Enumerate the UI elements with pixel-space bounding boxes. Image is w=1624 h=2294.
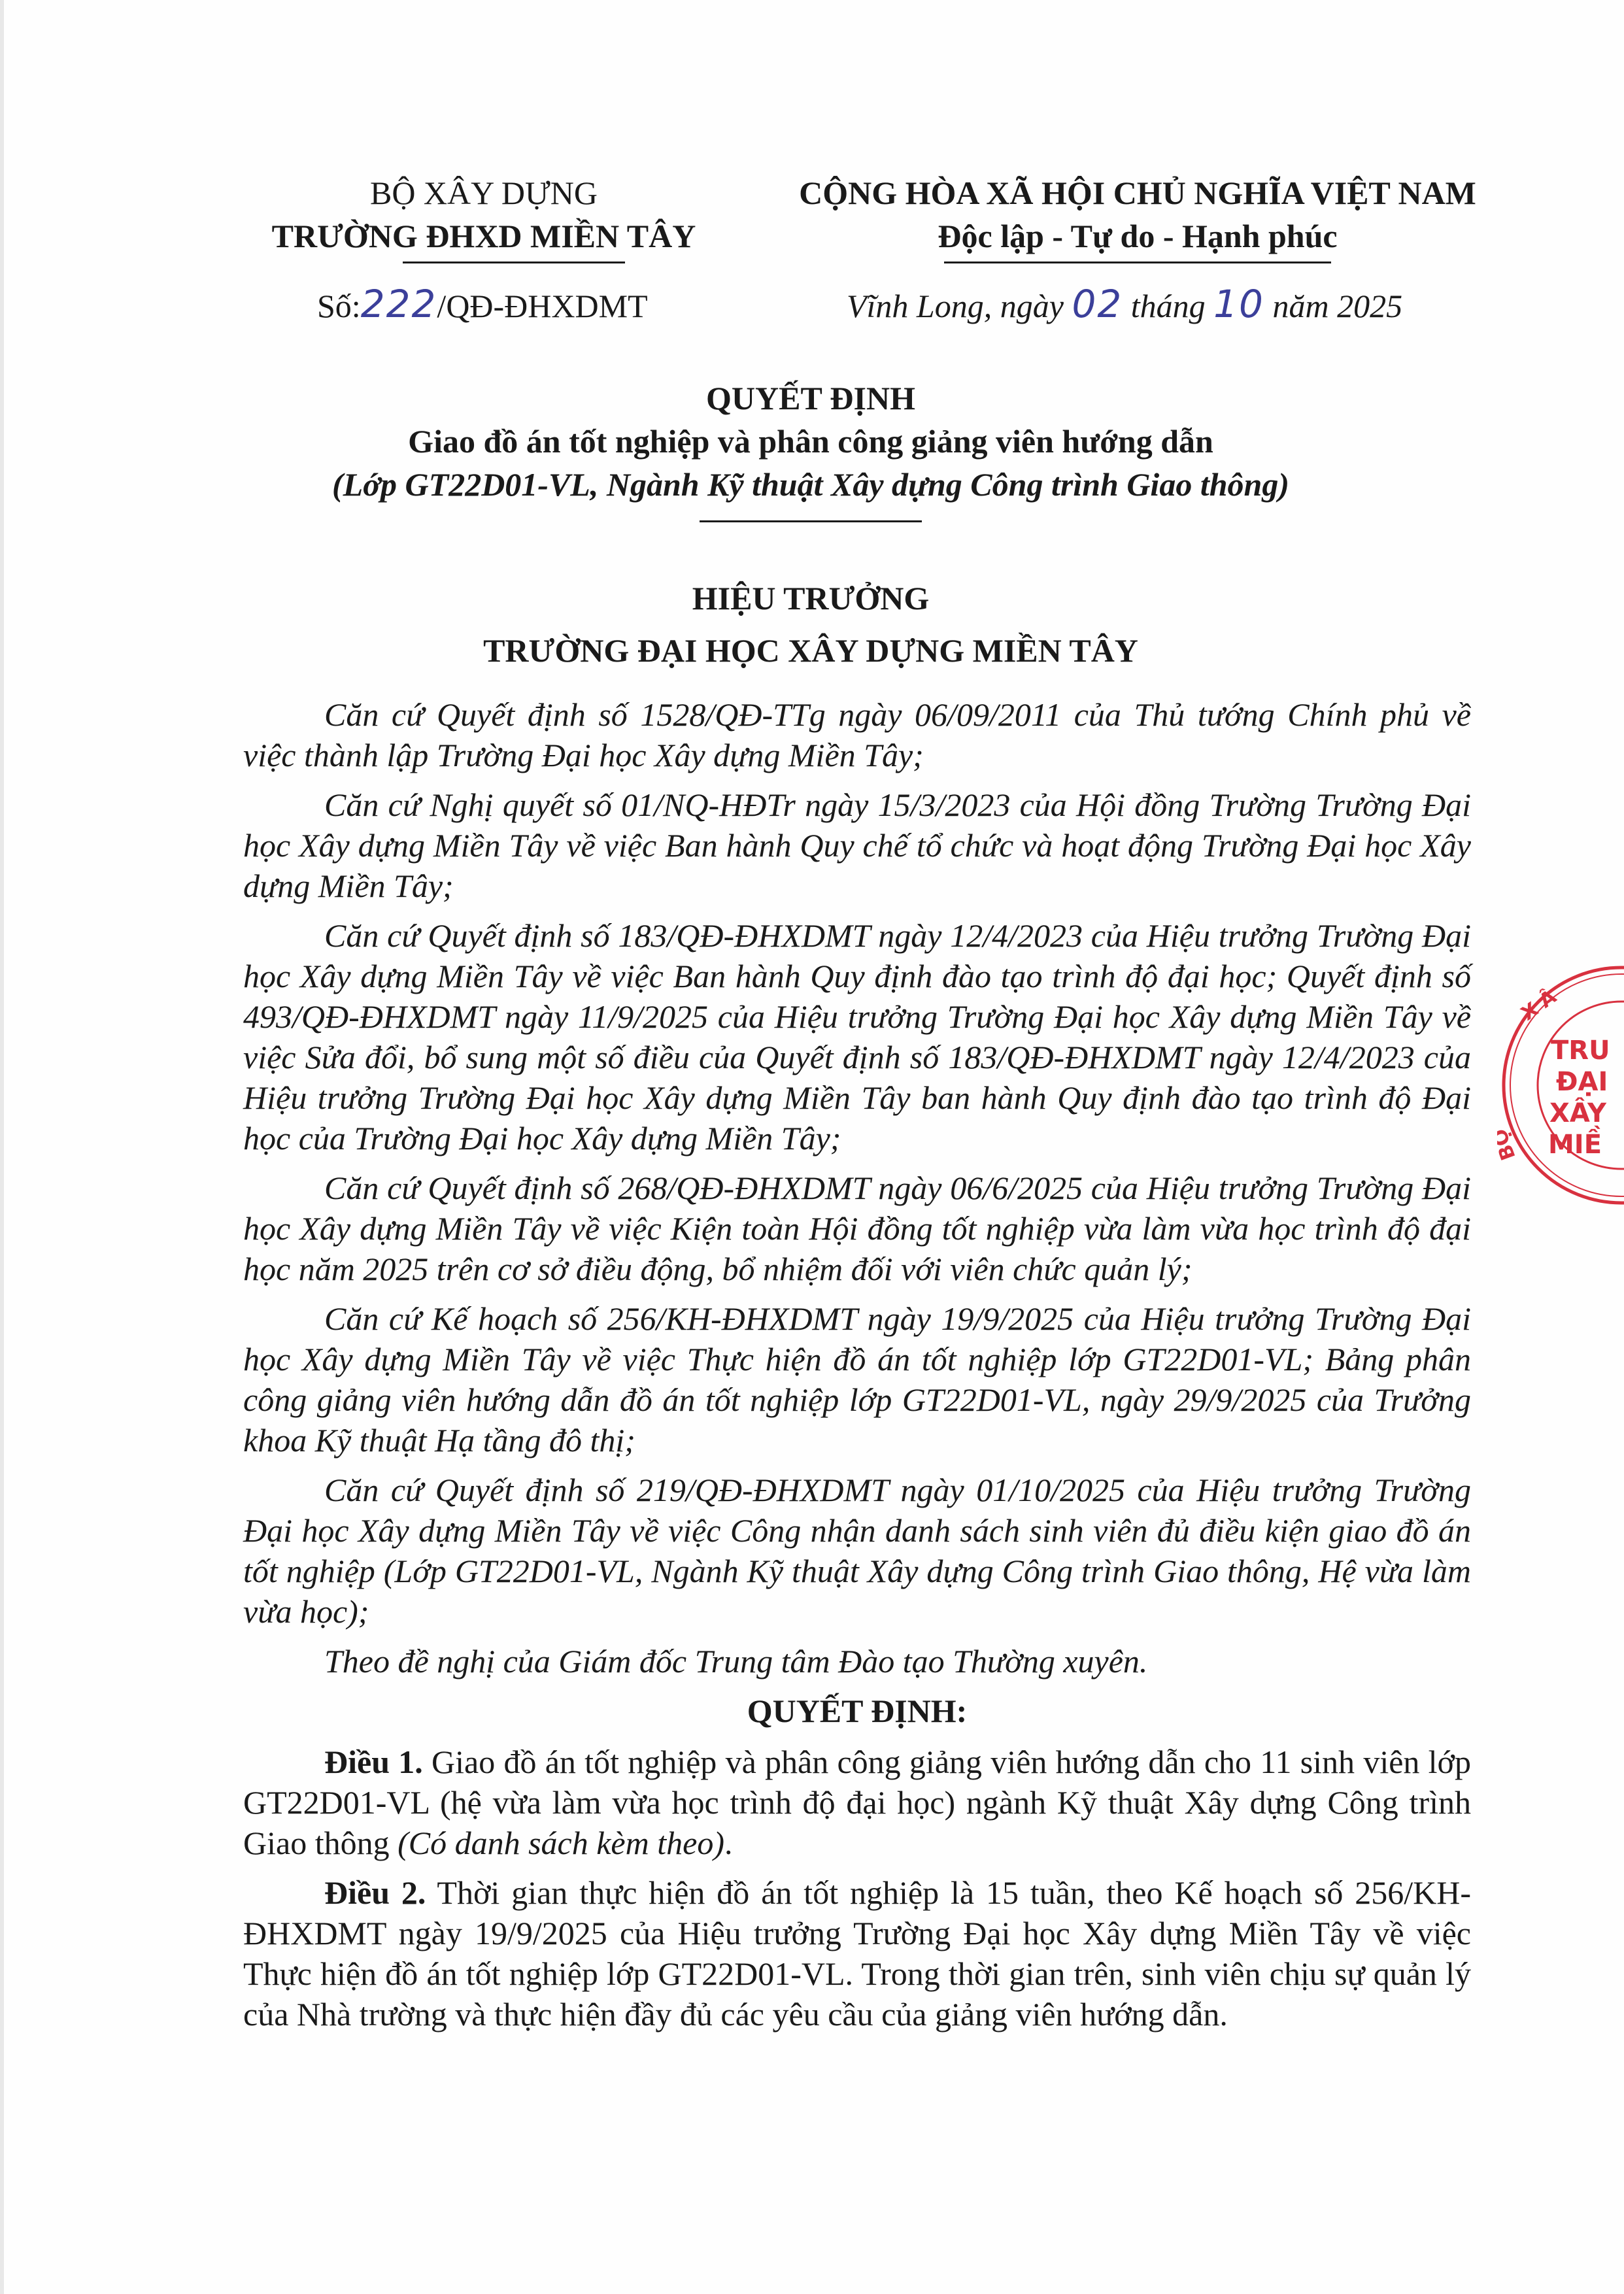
nation-name: CỘNG HÒA XÃ HỘI CHỦ NGHĨA VIỆT NAM [778,171,1497,214]
article-note: (Có danh sách kèm theo) [398,1825,724,1861]
authority-institution: TRƯỜNG ĐẠI HỌC XÂY DỰNG MIỀN TÂY [196,626,1425,675]
issuer-underline [403,261,625,263]
scan-edge [0,0,4,2294]
issuer-block: BỘ XÂY DỰNG TRƯỜNG ĐHXD MIỀN TÂY [248,171,719,263]
document-number: Số:222/QĐ-ĐHXDMT [317,282,648,328]
title-subject: Giao đồ án tốt nghiệp và phân công giảng… [196,420,1425,463]
basis-paragraph: Căn cứ Nghị quyết số 01/NQ-HĐTr ngày 15/… [243,784,1471,906]
place-prefix: Vĩnh Long, ngày [847,288,1072,324]
article-1: Điều 1. Giao đồ án tốt nghiệp và phân cô… [243,1742,1471,1863]
basis-paragraph: Căn cứ Quyết định số 183/QĐ-ĐHXDMT ngày … [243,915,1471,1158]
place-date: Vĩnh Long, ngày 02 tháng 10 năm 2025 [847,282,1402,328]
svg-text:TRU: TRU [1551,1036,1610,1066]
ministry-name: BỘ XÂY DỰNG [248,171,719,214]
basis-paragraph: Căn cứ Quyết định số 219/QĐ-ĐHXDMT ngày … [243,1470,1471,1632]
number-prefix: Số: [317,288,361,324]
article-2: Điều 2. Thời gian thực hiện đồ án tốt ng… [243,1872,1471,2034]
month-handwritten: 10 [1213,282,1264,326]
title-scope: (Lớp GT22D01-VL, Ngành Kỹ thuật Xây dựng… [196,463,1425,506]
proposal-paragraph: Theo đề nghị của Giám đốc Trung tâm Đào … [243,1641,1471,1681]
svg-text:MIỀ: MIỀ [1548,1124,1602,1160]
document-page: BỘ XÂY DỰNG TRƯỜNG ĐHXD MIỀN TÂY Số:222/… [0,0,1624,2294]
article-end: . [724,1825,733,1861]
authority-block: HIỆU TRƯỞNG TRƯỜNG ĐẠI HỌC XÂY DỰNG MIỀN… [196,570,1425,675]
decision-title: QUYẾT ĐỊNH Giao đồ án tốt nghiệp và phân… [196,377,1425,522]
month-prefix: tháng [1123,288,1213,324]
number-handwritten: 222 [361,282,437,326]
school-name: TRƯỜNG ĐHXD MIỀN TÂY [248,214,719,258]
svg-text:BỘ: BỘ [1497,1126,1521,1164]
article-label: Điều 1. [324,1744,423,1780]
article-text: Thời gian thực hiện đồ án tốt nghiệp là … [243,1874,1471,2033]
basis-paragraph: Căn cứ Quyết định số 268/QĐ-ĐHXDMT ngày … [243,1168,1471,1289]
number-suffix: /QĐ-ĐHXDMT [437,288,647,324]
document-body: Căn cứ Quyết định số 1528/QĐ-TTg ngày 06… [243,694,1471,2044]
svg-text:XÂY: XÂY [1549,1097,1607,1128]
basis-paragraph: Căn cứ Quyết định số 1528/QĐ-TTg ngày 06… [243,694,1471,775]
decision-heading: QUYẾT ĐỊNH: [243,1691,1471,1731]
basis-paragraph: Căn cứ Kế hoạch số 256/KH-ĐHXDMT ngày 19… [243,1298,1471,1460]
title-divider [700,520,922,522]
year-text: năm 2025 [1264,288,1402,324]
svg-text:ĐẠI: ĐẠI [1556,1067,1608,1097]
official-seal-icon: X Â TRU ĐẠI XÂY MIỀ BỘ [1497,961,1624,1209]
motto-underline [944,261,1331,263]
authority-role: HIỆU TRƯỞNG [196,570,1425,626]
national-header: CỘNG HÒA XÃ HỘI CHỦ NGHĨA VIỆT NAM Độc l… [778,171,1497,263]
day-handwritten: 02 [1072,282,1123,326]
article-label: Điều 2. [324,1874,426,1911]
title-heading: QUYẾT ĐỊNH [196,377,1425,420]
national-motto: Độc lập - Tự do - Hạnh phúc [778,214,1497,258]
